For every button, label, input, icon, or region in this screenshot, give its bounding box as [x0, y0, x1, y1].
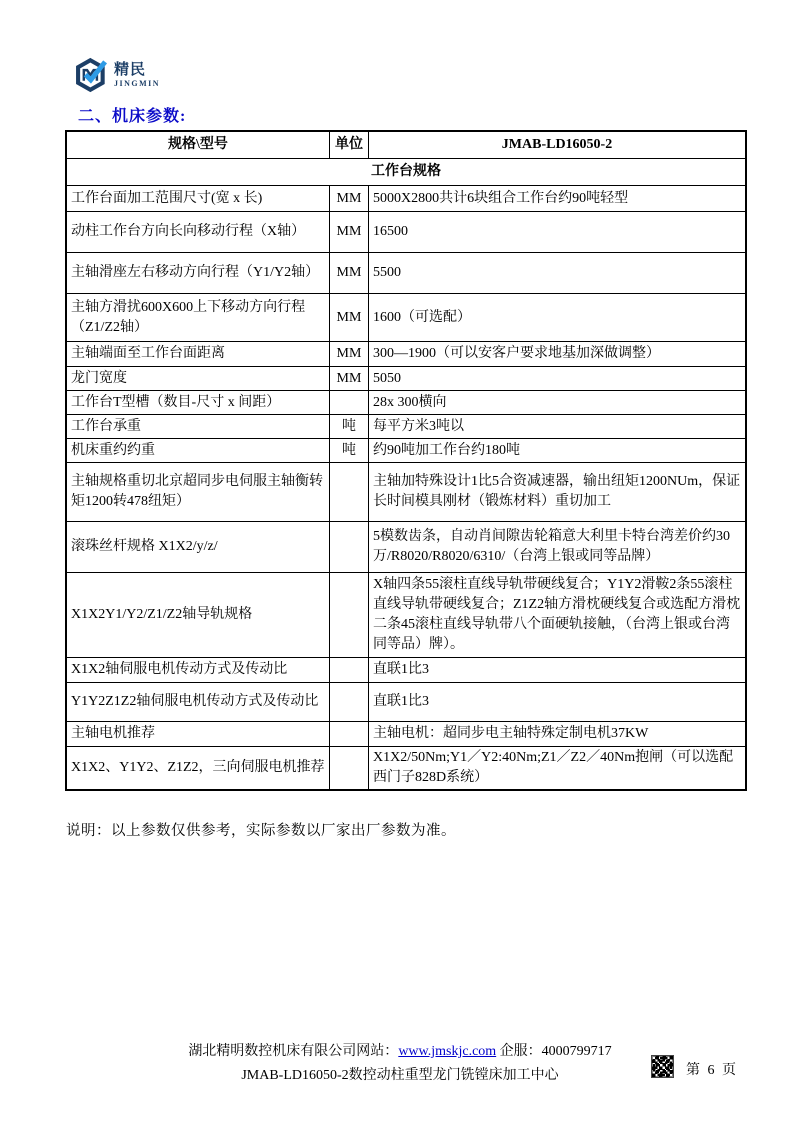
table-row: 动柱工作台方向长向移动行程（X轴） MM 16500 [66, 212, 746, 253]
spec-cell: 动柱工作台方向长向移动行程（X轴） [66, 212, 330, 253]
spec-cell: 滚珠丝杆规格 X1X2/y/z/ [66, 522, 330, 573]
header-unit: 单位 [330, 131, 369, 159]
footer-company-line: 湖北精明数控机床有限公司网站：www.jmskjc.com 企服：4000799… [0, 1040, 800, 1060]
brand-text: 精民 JINGMIN [114, 63, 160, 88]
spec-cell: X1X2轴伺服电机传动方式及传动比 [66, 658, 330, 683]
unit-cell [330, 573, 369, 658]
spec-cell: 主轴电机推荐 [66, 722, 330, 747]
table-row: 主轴滑座左右移动方向行程（Y1/Y2轴） MM 5500 [66, 253, 746, 294]
table-row: X1X2、Y1Y2、Z1Z2，三向伺服电机推荐 X1X2/50Nm;Y1／Y2:… [66, 747, 746, 791]
value-cell: X1X2/50Nm;Y1／Y2:40Nm;Z1／Z2／40Nm抱闸（可以选配西门… [369, 747, 747, 791]
unit-cell: MM [330, 186, 369, 212]
spec-cell: 主轴规格重切北京超同步电伺服主轴衡转矩1200转478纽矩） [66, 463, 330, 522]
table-section-row: 工作台规格 [66, 159, 746, 186]
header-model: JMAB-LD16050-2 [369, 131, 747, 159]
unit-cell [330, 683, 369, 722]
unit-cell [330, 463, 369, 522]
unit-cell [330, 747, 369, 791]
table-row: 工作台面加工范围尺寸(宽 x 长) MM 5000X2800共计6块组合工作台约… [66, 186, 746, 212]
footer-company-prefix: 湖北精明数控机床有限公司网站： [188, 1044, 398, 1059]
value-cell: 直联1比3 [369, 683, 747, 722]
value-cell: 1600（可选配） [369, 294, 747, 342]
table-row: 主轴规格重切北京超同步电伺服主轴衡转矩1200转478纽矩） 主轴加特殊设计1比… [66, 463, 746, 522]
section-title: 二、机床参数: [78, 103, 186, 126]
unit-cell [330, 522, 369, 573]
disclaimer-note: 说明：以上参数仅供参考，实际参数以厂家出厂参数为准。 [66, 819, 456, 840]
page-number: 第 6 页 [686, 1059, 738, 1079]
table-row: 工作台承重 吨 每平方米3吨以 [66, 415, 746, 439]
document-page: 精民 JINGMIN 二、机床参数: 规格\型号 单位 JMAB-LD16050… [0, 0, 800, 1133]
table-row: 主轴端面至工作台面距离 MM 300—1900（可以安客户要求地基加深做调整） [66, 342, 746, 367]
value-cell: 28x 300横向 [369, 391, 747, 415]
spec-cell: X1X2、Y1Y2、Z1Z2，三向伺服电机推荐 [66, 747, 330, 791]
value-cell: 300—1900（可以安客户要求地基加深做调整） [369, 342, 747, 367]
value-cell: 主轴电机：超同步电主轴特殊定制电机37KW [369, 722, 747, 747]
jingmin-logo: 精民 JINGMIN [74, 57, 160, 93]
table-header-row: 规格\型号 单位 JMAB-LD16050-2 [66, 131, 746, 159]
spec-cell: 工作台T型槽（数目-尺寸 x 间距） [66, 391, 330, 415]
table-row: X1X2Y1/Y2/Z1/Z2轴导轨规格 X轴四条55滚柱直线导轨带硬线复合；Y… [66, 573, 746, 658]
spec-cell: 主轴端面至工作台面距离 [66, 342, 330, 367]
qr-code-icon [652, 1056, 673, 1077]
table-row: 机床重约约重 吨 约90吨加工作台约180吨 [66, 439, 746, 463]
spec-cell: 工作台承重 [66, 415, 330, 439]
header-spec: 规格\型号 [66, 131, 330, 159]
unit-cell: MM [330, 212, 369, 253]
spec-cell: 工作台面加工范围尺寸(宽 x 长) [66, 186, 330, 212]
value-cell: 5050 [369, 367, 747, 391]
spec-cell: 主轴滑座左右移动方向行程（Y1/Y2轴） [66, 253, 330, 294]
unit-cell: MM [330, 294, 369, 342]
unit-cell: MM [330, 367, 369, 391]
unit-cell: 吨 [330, 415, 369, 439]
machine-parameters-table: 规格\型号 单位 JMAB-LD16050-2 工作台规格 工作台面加工范围尺寸… [65, 130, 737, 791]
unit-cell [330, 658, 369, 683]
value-cell: 直联1比3 [369, 658, 747, 683]
spec-cell: 主轴方滑扰600X600上下移动方向行程（Z1/Z2轴） [66, 294, 330, 342]
unit-cell: MM [330, 253, 369, 294]
spec-cell: X1X2Y1/Y2/Z1/Z2轴导轨规格 [66, 573, 330, 658]
table-row: 主轴电机推荐 主轴电机：超同步电主轴特殊定制电机37KW [66, 722, 746, 747]
unit-cell [330, 391, 369, 415]
unit-cell: MM [330, 342, 369, 367]
table-row: 龙门宽度 MM 5050 [66, 367, 746, 391]
website-link[interactable]: www.jmskjc.com [398, 1044, 496, 1059]
unit-cell [330, 722, 369, 747]
footer-product-line: JMAB-LD16050-2数控动柱重型龙门铣镗床加工中心 [0, 1064, 800, 1084]
footer-service-phone: 企服：4000799717 [496, 1044, 612, 1059]
unit-cell: 吨 [330, 439, 369, 463]
table-row: Y1Y2Z1Z2轴伺服电机传动方式及传动比 直联1比3 [66, 683, 746, 722]
table-row: X1X2轴伺服电机传动方式及传动比 直联1比3 [66, 658, 746, 683]
value-cell: 16500 [369, 212, 747, 253]
table-row: 主轴方滑扰600X600上下移动方向行程（Z1/Z2轴） MM 1600（可选配… [66, 294, 746, 342]
value-cell: 5模数齿条，自动肖间隙齿轮箱意大利里卡特台湾差价约30万/R8020/R8020… [369, 522, 747, 573]
spec-cell: 龙门宽度 [66, 367, 330, 391]
table-row: 滚珠丝杆规格 X1X2/y/z/ 5模数齿条，自动肖间隙齿轮箱意大利里卡特台湾差… [66, 522, 746, 573]
value-cell: 5500 [369, 253, 747, 294]
value-cell: 每平方米3吨以 [369, 415, 747, 439]
value-cell: X轴四条55滚柱直线导轨带硬线复合；Y1Y2滑鞍2条55滚柱直线导轨带硬线复合；… [369, 573, 747, 658]
brand-name-en: JINGMIN [114, 80, 160, 88]
value-cell: 主轴加特殊设计1比5合资减速器，输出纽矩1200NUm，保证长时间模具刚材（锻炼… [369, 463, 747, 522]
spec-cell: Y1Y2Z1Z2轴伺服电机传动方式及传动比 [66, 683, 330, 722]
table-row: 工作台T型槽（数目-尺寸 x 间距） 28x 300横向 [66, 391, 746, 415]
jingmin-hexagon-icon [74, 57, 110, 93]
value-cell: 约90吨加工作台约180吨 [369, 439, 747, 463]
section-label: 工作台规格 [66, 159, 746, 186]
spec-cell: 机床重约约重 [66, 439, 330, 463]
brand-name-cn: 精民 [114, 63, 160, 78]
value-cell: 5000X2800共计6块组合工作台约90吨轻型 [369, 186, 747, 212]
